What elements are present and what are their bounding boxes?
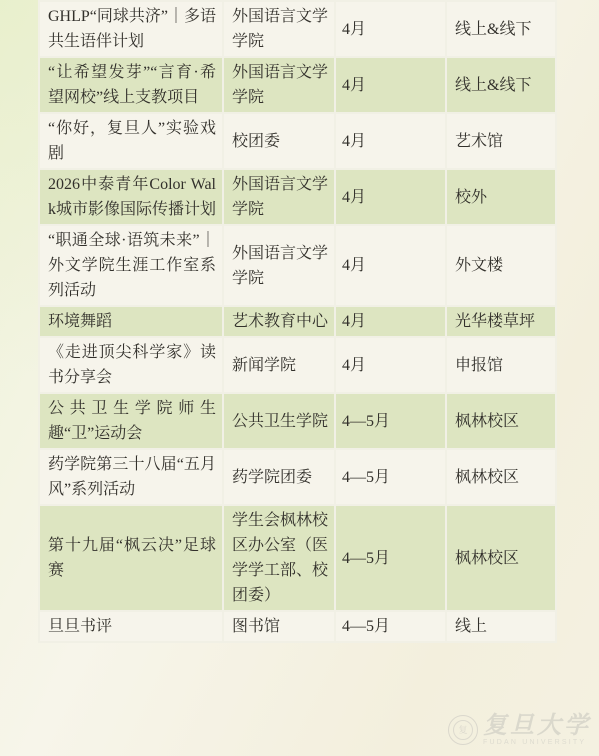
seal-glyph: 复 [453, 720, 473, 740]
activity-table: GHLP“同球共济”｜多语共生语伴计划外国语言文学学院4月线上&线下“让希望发芽… [38, 0, 557, 643]
fudan-university-logo: 复 复旦大学 FUDAN UNIVERSITY [448, 714, 591, 746]
location-cell: 线上&线下 [446, 1, 556, 57]
table-row: “你好，复旦人”实验戏剧校团委4月艺术馆 [39, 113, 556, 169]
organizer-cell: 药学院团委 [223, 449, 335, 505]
activity-cell: “职通全球·语筑未来”｜外文学院生涯工作室系列活动 [39, 225, 223, 306]
activity-cell: 2026中泰青年Color Walk城市影像国际传播计划 [39, 169, 223, 225]
table-row: 《走进顶尖科学家》读书分享会新闻学院4月申报馆 [39, 337, 556, 393]
table-row: GHLP“同球共济”｜多语共生语伴计划外国语言文学学院4月线上&线下 [39, 1, 556, 57]
activity-cell: 第十九届“枫云决”足球赛 [39, 505, 223, 611]
activity-cell: “你好，复旦人”实验戏剧 [39, 113, 223, 169]
activity-cell: 《走进顶尖科学家》读书分享会 [39, 337, 223, 393]
location-cell: 线上 [446, 611, 556, 642]
location-cell: 枫林校区 [446, 393, 556, 449]
month-cell: 4—5月 [335, 611, 446, 642]
organizer-cell: 艺术教育中心 [223, 306, 335, 337]
organizer-cell: 外国语言文学学院 [223, 57, 335, 113]
logo-en-text: FUDAN UNIVERSITY [483, 739, 586, 746]
organizer-cell: 公共卫生学院 [223, 393, 335, 449]
table-row: 药学院第三十八届“五月风”系列活动药学院团委4—5月枫林校区 [39, 449, 556, 505]
logo-text: 复旦大学 FUDAN UNIVERSITY [483, 714, 591, 746]
logo-cn-text: 复旦大学 [483, 714, 591, 738]
table-row: 环境舞蹈艺术教育中心4月光华楼草坪 [39, 306, 556, 337]
organizer-cell: 图书馆 [223, 611, 335, 642]
location-cell: 枫林校区 [446, 449, 556, 505]
location-cell: 申报馆 [446, 337, 556, 393]
month-cell: 4月 [335, 169, 446, 225]
activity-cell: 旦旦书评 [39, 611, 223, 642]
location-cell: 校外 [446, 169, 556, 225]
activity-cell: 环境舞蹈 [39, 306, 223, 337]
location-cell: 枫林校区 [446, 505, 556, 611]
activity-cell: “让希望发芽”“言育·希望网校”线上支教项目 [39, 57, 223, 113]
location-cell: 艺术馆 [446, 113, 556, 169]
table-row: “让希望发芽”“言育·希望网校”线上支教项目外国语言文学学院4月线上&线下 [39, 57, 556, 113]
activity-cell: 公共卫生学院师生趣“卫”运动会 [39, 393, 223, 449]
organizer-cell: 校团委 [223, 113, 335, 169]
month-cell: 4—5月 [335, 449, 446, 505]
month-cell: 4—5月 [335, 393, 446, 449]
organizer-cell: 新闻学院 [223, 337, 335, 393]
location-cell: 线上&线下 [446, 57, 556, 113]
organizer-cell: 外国语言文学学院 [223, 169, 335, 225]
organizer-cell: 外国语言文学学院 [223, 225, 335, 306]
location-cell: 外文楼 [446, 225, 556, 306]
location-cell: 光华楼草坪 [446, 306, 556, 337]
fudan-seal-icon: 复 [448, 715, 478, 745]
activity-cell: GHLP“同球共济”｜多语共生语伴计划 [39, 1, 223, 57]
organizer-cell: 学生会枫林校区办公室（医学学工部、校团委） [223, 505, 335, 611]
month-cell: 4月 [335, 1, 446, 57]
table-row: 公共卫生学院师生趣“卫”运动会公共卫生学院4—5月枫林校区 [39, 393, 556, 449]
month-cell: 4月 [335, 225, 446, 306]
month-cell: 4月 [335, 113, 446, 169]
month-cell: 4月 [335, 306, 446, 337]
table-row: “职通全球·语筑未来”｜外文学院生涯工作室系列活动外国语言文学学院4月外文楼 [39, 225, 556, 306]
table-row: 旦旦书评图书馆4—5月线上 [39, 611, 556, 642]
month-cell: 4月 [335, 337, 446, 393]
activity-cell: 药学院第三十八届“五月风”系列活动 [39, 449, 223, 505]
table-row: 第十九届“枫云决”足球赛学生会枫林校区办公室（医学学工部、校团委）4—5月枫林校… [39, 505, 556, 611]
month-cell: 4—5月 [335, 505, 446, 611]
table-row: 2026中泰青年Color Walk城市影像国际传播计划外国语言文学学院4月校外 [39, 169, 556, 225]
month-cell: 4月 [335, 57, 446, 113]
organizer-cell: 外国语言文学学院 [223, 1, 335, 57]
